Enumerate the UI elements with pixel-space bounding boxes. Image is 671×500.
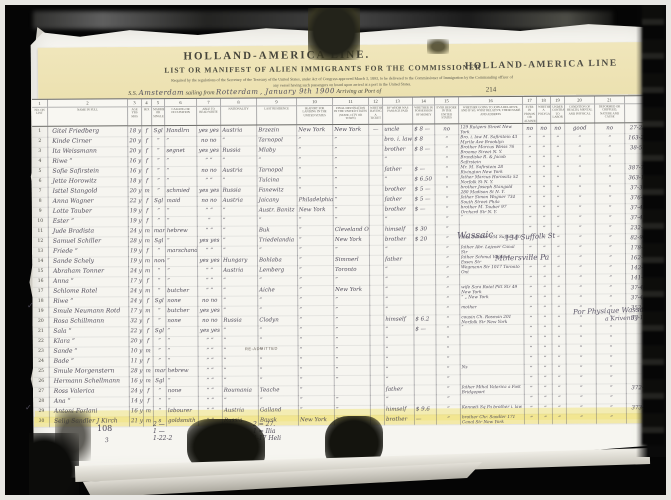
manifest-cell: brother Chr. Sandler 171 Canal Str New Y… <box>461 414 525 425</box>
column-header: 21Deformed or Crippled, Nature and Cause <box>595 96 625 122</box>
film-background: HOLLAND-AMERICA LINE. LIST OR MANIFEST O… <box>5 5 666 495</box>
film-strip-texture <box>642 5 664 445</box>
margin-check-mark: ✓ <box>27 301 34 310</box>
column-header: 12Whether having a ticket <box>369 98 383 124</box>
column-header: 20Condition of Health, Mental and Physic… <box>565 96 595 122</box>
manifest-cell: ” <box>567 413 597 424</box>
margin-check-mark: ✓ <box>25 403 32 412</box>
column-header: 13By whom was passage paid <box>383 98 413 124</box>
manifest-cell: 21 y <box>130 416 144 427</box>
scanned-manifest-photo: HOLLAND-AMERICA LINE. LIST OR MANIFEST O… <box>0 0 671 500</box>
manifest-subtitle: LIST OR MANIFEST OF ALIEN IMMIGRANTS FOR… <box>128 62 518 75</box>
column-header: 11Final destination in the United States… <box>333 98 369 124</box>
arriving-label: Arriving at Port of <box>336 89 381 95</box>
column-header: 18Whether a Polygamist <box>537 97 551 123</box>
tally-column-a: 2 — 1 — 1-22-2 <box>153 421 172 442</box>
tally-total: 108 <box>97 424 112 433</box>
sailing-from-label: sailing from <box>186 90 215 96</box>
column-header: 2NAME IN FULL <box>48 99 128 125</box>
ink-blot <box>427 39 449 54</box>
manifest-cell: — <box>415 414 437 425</box>
page-number: 214 <box>486 86 497 94</box>
column-header: 16Whether going to join a relative, and … <box>459 97 523 123</box>
column-header: 4Sex <box>142 99 152 125</box>
column-header: 10Seaport for landing in the United Stat… <box>297 98 333 124</box>
tally-note: 3 <box>105 437 110 444</box>
sailing-date: , January 9th 1900 <box>260 87 335 96</box>
column-header: 9Last Residence <box>257 98 297 124</box>
manifest-header-row: 1No. on List2NAME IN FULL3Age Yrs Mos4Se… <box>32 95 651 127</box>
readmitted-stamp: RE-ADMITTED <box>245 346 278 352</box>
column-header: 17Ever in prison or almshouse <box>523 97 537 123</box>
handwritten-overlay-note: Minersville Pa <box>495 253 549 263</box>
column-header: 14Whether in possession of money <box>413 97 435 123</box>
column-header: 3Age Yrs Mos <box>128 99 142 125</box>
manifest-cell: brother <box>385 415 415 426</box>
film-strip-right <box>636 5 666 457</box>
ss-prefix: S.S. <box>128 91 137 97</box>
column-header: 19Under contract to labor <box>551 97 565 123</box>
column-header: 8Nationality <box>221 99 257 125</box>
handwritten-overlay-note: Wassaic <box>457 230 494 241</box>
ship-name: Amsterdam <box>139 89 184 97</box>
column-header: 5Married or Single <box>152 99 165 125</box>
holland-america-stamp: HOLLAND-AMERICA LINE <box>465 59 618 72</box>
column-header: 7Able to Read Write <box>197 99 221 125</box>
manifest-cell: ” <box>539 414 553 425</box>
dark-corner <box>29 433 79 495</box>
manifest-cell: 30 <box>34 417 50 428</box>
column-header: 15Ever before in the United States <box>435 97 459 123</box>
manifest-cell: ” <box>437 414 461 425</box>
manifest-table: 1No. on List2NAME IN FULL3Age Yrs Mos4Se… <box>32 95 653 427</box>
manifest-body: 1Gitel Friedberg18 yfSglHandlrnyes yesAu… <box>32 123 653 427</box>
manifest-cell: ” <box>525 414 539 425</box>
ink-blot <box>308 8 360 60</box>
manifest-cell: ” <box>597 413 627 424</box>
column-header: 6Calling or Occupation <box>165 99 197 125</box>
handwritten-overlay-note: a Krivently <box>605 314 639 322</box>
port-of-departure: Rotterdam <box>216 88 258 96</box>
manifest-cell: ” <box>553 414 567 425</box>
column-header: 1No. on List <box>32 100 48 126</box>
ship-sailing-line: S.S. Amsterdam sailing from Rotterdam , … <box>128 87 381 97</box>
